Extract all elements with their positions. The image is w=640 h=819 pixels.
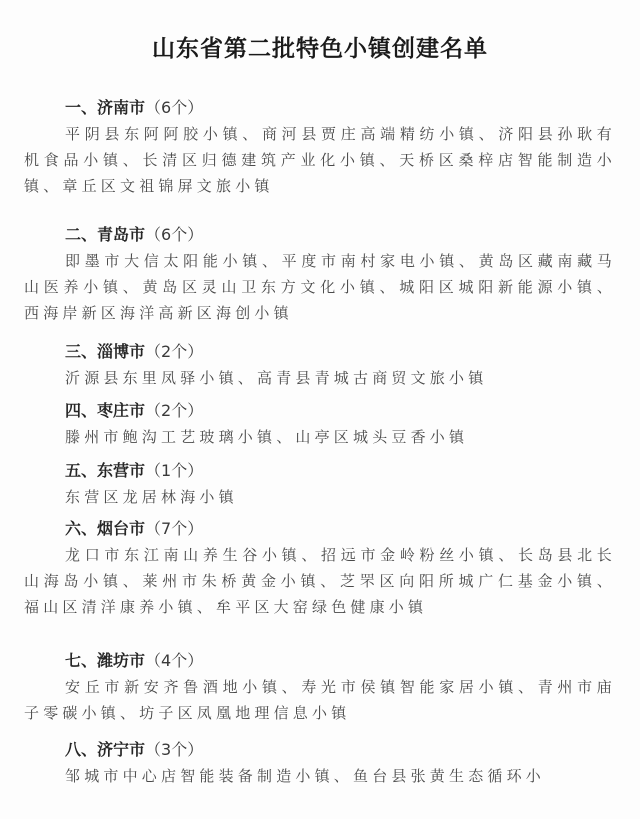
section-heading: 七、潍坊市（4个）: [65, 648, 640, 674]
town-list: 即墨市大信太阳能小镇、平度市南村家电小镇、黄岛区藏南藏马山医养小镇、黄岛区灵山卫…: [24, 248, 616, 326]
town-list: 龙口市东江南山养生谷小镇、招远市金岭粉丝小镇、长岛县北长山海岛小镇、莱州市朱桥黄…: [24, 542, 616, 620]
town-count: （2个）: [145, 342, 203, 361]
section-jining: 八、济宁市（3个） 邹城市中心店智能装备制造小镇、鱼台县张黄生态循环小: [0, 737, 640, 789]
section-heading: 六、烟台市（7个）: [65, 516, 640, 542]
section-zibo: 三、淄博市（2个） 沂源县东里凤驿小镇、高青县青城古商贸文旅小镇: [0, 339, 640, 391]
town-list: 沂源县东里凤驿小镇、高青县青城古商贸文旅小镇: [24, 365, 616, 391]
section-weifang: 七、潍坊市（4个） 安丘市新安齐鲁酒地小镇、寿光市侯镇智能家居小镇、青州市庙子零…: [0, 648, 640, 726]
town-list: 邹城市中心店智能装备制造小镇、鱼台县张黄生态循环小: [24, 763, 616, 789]
town-count: （4个）: [145, 651, 203, 670]
town-list: 安丘市新安齐鲁酒地小镇、寿光市侯镇智能家居小镇、青州市庙子零碳小镇、坊子区凤凰地…: [24, 674, 616, 726]
city-name: 八、济宁市: [65, 740, 145, 759]
city-name: 五、东营市: [65, 461, 145, 480]
section-heading: 二、青岛市（6个）: [65, 222, 640, 248]
section-dongying: 五、东营市（1个） 东营区龙居林海小镇: [0, 458, 640, 510]
town-count: （7个）: [145, 519, 203, 538]
section-jinan: 一、济南市（6个） 平阴县东阿阿胶小镇、商河县贾庄高端精纺小镇、济阳县孙耿有机食…: [0, 95, 640, 199]
town-count: （1个）: [145, 461, 203, 480]
city-name: 一、济南市: [65, 98, 145, 117]
city-name: 三、淄博市: [65, 342, 145, 361]
document-title: 山东省第二批特色小镇创建名单: [0, 30, 640, 63]
city-name: 二、青岛市: [65, 225, 145, 244]
town-count: （3个）: [145, 740, 203, 759]
section-heading: 四、枣庄市（2个）: [65, 398, 640, 424]
city-name: 四、枣庄市: [65, 401, 145, 420]
town-count: （2个）: [145, 401, 203, 420]
section-heading: 八、济宁市（3个）: [65, 737, 640, 763]
section-heading: 三、淄博市（2个）: [65, 339, 640, 365]
section-heading: 一、济南市（6个）: [65, 95, 640, 121]
section-yantai: 六、烟台市（7个） 龙口市东江南山养生谷小镇、招远市金岭粉丝小镇、长岛县北长山海…: [0, 516, 640, 620]
section-zaozhuang: 四、枣庄市（2个） 滕州市鲍沟工艺玻璃小镇、山亭区城头豆香小镇: [0, 398, 640, 450]
city-name: 七、潍坊市: [65, 651, 145, 670]
town-count: （6个）: [145, 98, 203, 117]
town-list: 平阴县东阿阿胶小镇、商河县贾庄高端精纺小镇、济阳县孙耿有机食品小镇、长清区归德建…: [24, 121, 616, 199]
town-count: （6个）: [145, 225, 203, 244]
section-qingdao: 二、青岛市（6个） 即墨市大信太阳能小镇、平度市南村家电小镇、黄岛区藏南藏马山医…: [0, 222, 640, 326]
town-list: 东营区龙居林海小镇: [24, 484, 616, 510]
section-heading: 五、东营市（1个）: [65, 458, 640, 484]
town-list: 滕州市鲍沟工艺玻璃小镇、山亭区城头豆香小镇: [24, 424, 616, 450]
city-name: 六、烟台市: [65, 519, 145, 538]
